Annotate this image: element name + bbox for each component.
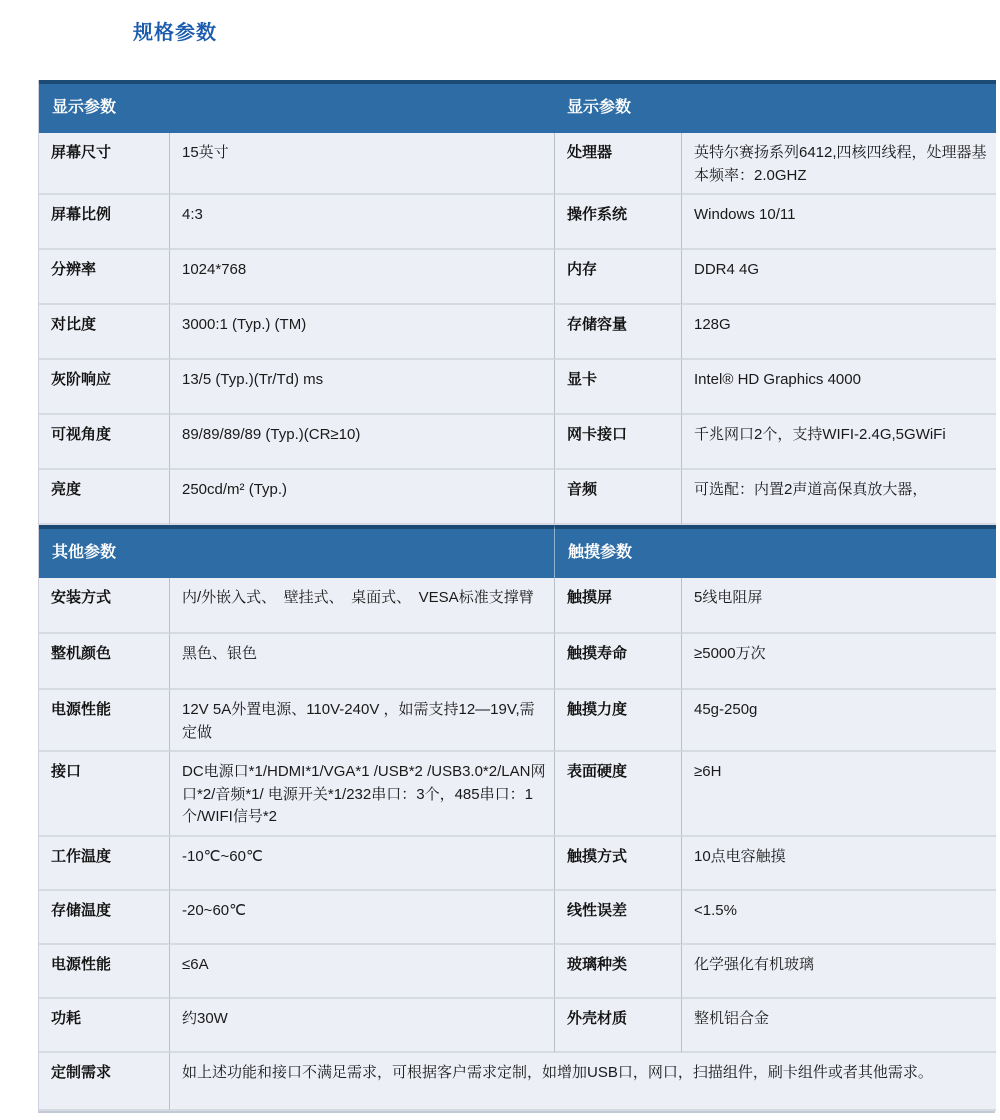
spec-value: 250cd/m² (Typ.) bbox=[169, 470, 554, 525]
spec-label: 触摸屏 bbox=[554, 578, 681, 634]
spec-value: 整机铝合金 bbox=[681, 999, 996, 1053]
spec-value: 千兆网口2个，支持WIFI-2.4G,5GWiFi bbox=[681, 415, 996, 470]
spec-value: ≤6A bbox=[169, 945, 554, 999]
spec-value: 内/外嵌入式、 壁挂式、 桌面式、 VESA标准支撑臂 bbox=[169, 578, 554, 634]
spec-label: 屏幕比例 bbox=[39, 195, 169, 250]
spec-label: 线性误差 bbox=[554, 891, 681, 945]
spec-label: 玻璃种类 bbox=[554, 945, 681, 999]
spec-value: Windows 10/11 bbox=[681, 195, 996, 250]
spec-label: 表面硬度 bbox=[554, 752, 681, 837]
spec-value: ≥5000万次 bbox=[681, 634, 996, 690]
spec-label: 可视角度 bbox=[39, 415, 169, 470]
spec-value: 15英寸 bbox=[169, 133, 554, 195]
spec-label: 电源性能 bbox=[39, 690, 169, 752]
spec-label: 存储温度 bbox=[39, 891, 169, 945]
spec-label: 处理器 bbox=[554, 133, 681, 195]
spec-label: 网卡接口 bbox=[554, 415, 681, 470]
spec-label-custom-requirements: 定制需求 bbox=[39, 1053, 169, 1111]
spec-value: ≥6H bbox=[681, 752, 996, 837]
spec-label: 电源性能 bbox=[39, 945, 169, 999]
spec-label: 灰阶响应 bbox=[39, 360, 169, 415]
section-header-other: 其他参数 bbox=[39, 525, 554, 578]
spec-value: 约30W bbox=[169, 999, 554, 1053]
spec-value: 3000:1 (Typ.) (TM) bbox=[169, 305, 554, 360]
spec-label: 触摸寿命 bbox=[554, 634, 681, 690]
spec-value: 化学强化有机玻璃 bbox=[681, 945, 996, 999]
spec-label: 内存 bbox=[554, 250, 681, 305]
spec-value: 89/89/89/89 (Typ.)(CR≥10) bbox=[169, 415, 554, 470]
spec-value: -20~60℃ bbox=[169, 891, 554, 945]
spec-value: -10℃~60℃ bbox=[169, 837, 554, 891]
spec-value: Intel® HD Graphics 4000 bbox=[681, 360, 996, 415]
spec-value: 128G bbox=[681, 305, 996, 360]
spec-label: 触摸方式 bbox=[554, 837, 681, 891]
spec-value-custom-requirements: 如上述功能和接口不满足需求，可根据客户需求定制，如增加USB口，网口，扫描组件，… bbox=[169, 1053, 996, 1111]
section-header-touch: 触摸参数 bbox=[554, 525, 996, 578]
spec-label: 显卡 bbox=[554, 360, 681, 415]
spec-value: 12V 5A外置电源、110V-240V ，如需支持12—19V,需定做 bbox=[169, 690, 554, 752]
spec-label: 功耗 bbox=[39, 999, 169, 1053]
spec-table: 显示参数 显示参数 屏幕尺寸 15英寸 处理器 英特尔赛扬系列6412,四核四线… bbox=[38, 80, 995, 1113]
spec-value: 4:3 bbox=[169, 195, 554, 250]
spec-label: 对比度 bbox=[39, 305, 169, 360]
section-header-display-left: 显示参数 bbox=[39, 80, 554, 133]
spec-label: 工作温度 bbox=[39, 837, 169, 891]
spec-value: 英特尔赛扬系列6412,四核四线程，处理器基本频率：2.0GHZ bbox=[681, 133, 996, 195]
spec-value: DDR4 4G bbox=[681, 250, 996, 305]
section-header-display-right: 显示参数 bbox=[554, 80, 996, 133]
page-title: 规格参数 bbox=[133, 16, 217, 45]
spec-value: 10点电容触摸 bbox=[681, 837, 996, 891]
spec-value: 可选配：内置2声道高保真放大器， bbox=[681, 470, 996, 525]
spec-value: 1024*768 bbox=[169, 250, 554, 305]
spec-label: 整机颜色 bbox=[39, 634, 169, 690]
spec-label: 音频 bbox=[554, 470, 681, 525]
spec-label: 分辨率 bbox=[39, 250, 169, 305]
spec-label: 存储容量 bbox=[554, 305, 681, 360]
spec-value: 黑色、银色 bbox=[169, 634, 554, 690]
spec-label: 屏幕尺寸 bbox=[39, 133, 169, 195]
spec-value: <1.5% bbox=[681, 891, 996, 945]
spec-value: 13/5 (Typ.)(Tr/Td) ms bbox=[169, 360, 554, 415]
spec-label: 外壳材质 bbox=[554, 999, 681, 1053]
spec-label: 接口 bbox=[39, 752, 169, 837]
spec-value: 45g-250g bbox=[681, 690, 996, 752]
spec-label: 操作系统 bbox=[554, 195, 681, 250]
spec-label: 亮度 bbox=[39, 470, 169, 525]
spec-value: 5线电阻屏 bbox=[681, 578, 996, 634]
spec-label: 安装方式 bbox=[39, 578, 169, 634]
spec-label: 触摸力度 bbox=[554, 690, 681, 752]
spec-value: DC电源口*1/HDMI*1/VGA*1 /USB*2 /USB3.0*2/LA… bbox=[169, 752, 554, 837]
